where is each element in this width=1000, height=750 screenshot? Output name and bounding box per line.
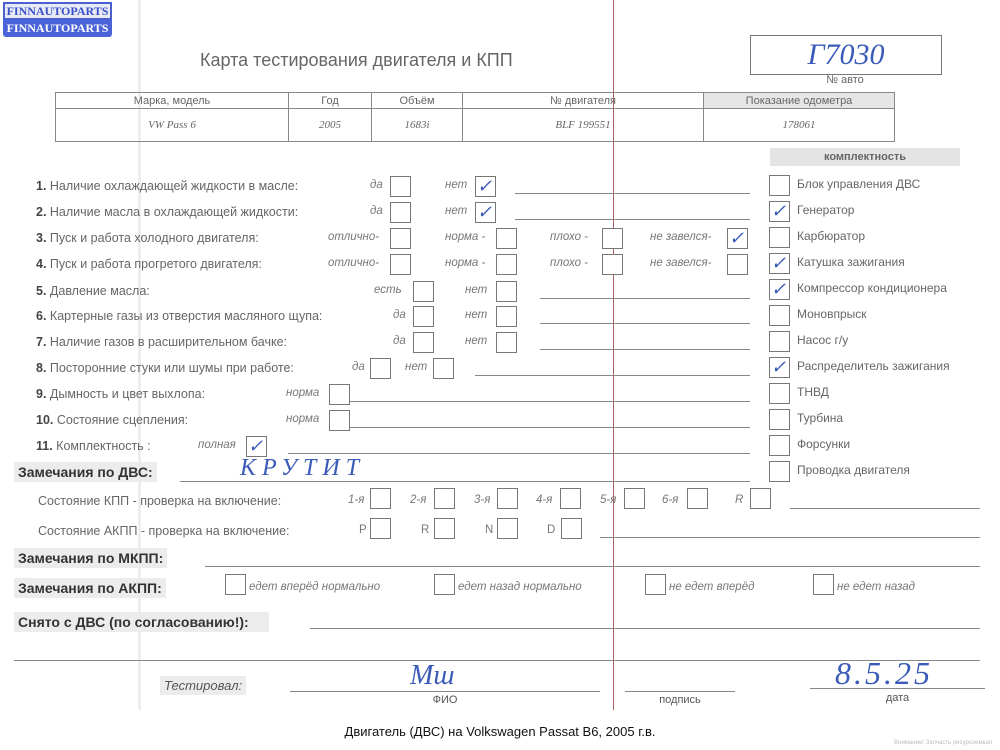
kpp-gear-checkbox-6-я[interactable]: [687, 488, 708, 509]
akpp-remark-label: не едет назад: [837, 581, 915, 593]
check-mark-icon: ✓: [477, 178, 492, 194]
kpp-gear-label: 4-я: [536, 494, 552, 506]
option-label: норма -: [445, 231, 485, 243]
question-9: 9. Дымность и цвет выхлопа:: [36, 387, 205, 401]
volume-value: 1683i: [372, 109, 463, 142]
completeness-item-label: Катушка зажигания: [797, 255, 905, 269]
option-label: да: [352, 361, 365, 373]
date-line: [810, 688, 985, 689]
question-4-checkbox-1[interactable]: [390, 254, 411, 275]
make-model-value: VW Pass 6: [56, 109, 289, 142]
option-label: норма: [286, 387, 319, 399]
option-label: плохо -: [550, 257, 588, 269]
mkpp-remarks-line: [205, 566, 980, 567]
completeness-item-label: Карбюратор: [797, 229, 865, 243]
akpp-position-checkbox-N[interactable]: [497, 518, 518, 539]
year-value: 2005: [289, 109, 372, 142]
kpp-gear-checkbox-2-я[interactable]: [434, 488, 455, 509]
finnautoparts-logo: FINNAUTOPARTS FINNAUTOPARTS: [3, 2, 112, 37]
question-3-checkbox-2[interactable]: [496, 228, 517, 249]
question-10-checkbox-1[interactable]: [329, 410, 350, 431]
completeness-item-label: Распределитель зажигания: [797, 359, 950, 373]
notes-line: [540, 349, 750, 350]
kpp-gear-checkbox-4-я[interactable]: [560, 488, 581, 509]
kpp-gear-checkbox-R[interactable]: [750, 488, 771, 509]
form-title: Карта тестирования двигателя и КПП: [200, 50, 513, 71]
akpp-remarks-label: Замечания по АКПП:: [14, 578, 166, 598]
option-label: плохо -: [550, 231, 588, 243]
option-label: нет: [405, 361, 427, 373]
question-7-checkbox-1[interactable]: [413, 332, 434, 353]
question-2-checkbox-2[interactable]: ✓: [475, 202, 496, 223]
question-4: 4. Пуск и работа прогретого двигателя:: [36, 257, 262, 271]
watermark-text: Внимание! Запчасть ресурсоемкая: [894, 740, 992, 746]
kpp-gear-label: 1-я: [348, 494, 364, 506]
kpp-gear-label: 5-я: [600, 494, 616, 506]
completeness-checkbox-3[interactable]: [769, 227, 790, 248]
check-mark-icon: ✓: [477, 204, 492, 220]
mkpp-remarks-label: Замечания по МКПП:: [14, 548, 167, 568]
question-10: 10. Состояние сцепления:: [36, 413, 188, 427]
removed-line: [310, 628, 980, 629]
question-3-checkbox-3[interactable]: [602, 228, 623, 249]
engine-remarks-label: Замечания по ДВС:: [14, 462, 157, 482]
notes-line: [515, 193, 750, 194]
question-7-checkbox-2[interactable]: [496, 332, 517, 353]
kpp-gear-label: 2-я: [410, 494, 426, 506]
question-2-checkbox-1[interactable]: [390, 202, 411, 223]
completeness-checkbox-6[interactable]: [769, 305, 790, 326]
question-1-checkbox-1[interactable]: [390, 176, 411, 197]
completeness-checkbox-5[interactable]: ✓: [769, 279, 790, 300]
option-label: да: [393, 335, 406, 347]
question-11-checkbox-1[interactable]: ✓: [246, 436, 267, 457]
vehicle-header-table: Марка, модель Год Объём № двигателя Пока…: [55, 92, 895, 142]
kpp-gear-label: 6-я: [662, 494, 678, 506]
option-label: да: [370, 205, 383, 217]
akpp-position-label: N: [485, 524, 493, 536]
completeness-checkbox-8[interactable]: ✓: [769, 357, 790, 378]
kpp-gear-checkbox-3-я[interactable]: [497, 488, 518, 509]
akpp-position-checkbox-P[interactable]: [370, 518, 391, 539]
col-make-model: Марка, модель: [56, 93, 289, 109]
completeness-header: комплектность: [770, 148, 960, 166]
engine-remarks-value: КРУТИТ: [240, 455, 365, 482]
kpp-gear-checkbox-5-я[interactable]: [624, 488, 645, 509]
question-1-checkbox-2[interactable]: ✓: [475, 176, 496, 197]
question-1: 1. Наличие охлаждающей жидкости в масле:: [36, 179, 298, 193]
signature-label: подпись: [625, 694, 735, 706]
akpp-remark-checkbox-2[interactable]: [434, 574, 455, 595]
question-6-checkbox-2[interactable]: [496, 306, 517, 327]
akpp-position-checkbox-R[interactable]: [434, 518, 455, 539]
completeness-checkbox-12[interactable]: [769, 461, 790, 482]
notes-line: [540, 298, 750, 299]
akpp-position-label: D: [547, 524, 555, 536]
option-label: отлично-: [328, 257, 379, 269]
question-8-checkbox-2[interactable]: [433, 358, 454, 379]
completeness-item-label: ТНВД: [797, 385, 829, 399]
option-label: не завелся-: [650, 231, 712, 243]
completeness-checkbox-11[interactable]: [769, 435, 790, 456]
question-2: 2. Наличие масла в охлаждающей жидкости:: [36, 205, 298, 219]
tested-name-value: Мш: [410, 660, 454, 692]
check-mark-icon: ✓: [771, 281, 786, 297]
completeness-checkbox-1[interactable]: [769, 175, 790, 196]
completeness-item-label: Насос г/у: [797, 333, 848, 347]
option-label: есть: [374, 284, 402, 296]
check-mark-icon: ✓: [771, 203, 786, 219]
completeness-checkbox-2[interactable]: ✓: [769, 201, 790, 222]
question-5: 5. Давление масла:: [36, 284, 150, 298]
question-9-checkbox-1[interactable]: [329, 384, 350, 405]
option-label: полная: [198, 439, 236, 451]
option-label: отлично-: [328, 231, 379, 243]
completeness-checkbox-10[interactable]: [769, 409, 790, 430]
signature-line: [625, 691, 735, 692]
question-7: 7. Наличие газов в расширительном бачке:: [36, 335, 287, 349]
engine-number-value: BLF 199551: [463, 109, 704, 142]
akpp-remark-checkbox-4[interactable]: [813, 574, 834, 595]
kpp-gear-label: 3-я: [474, 494, 490, 506]
akpp-check-label: Состояние АКПП - проверка на включение:: [38, 524, 290, 538]
question-4-checkbox-4[interactable]: [727, 254, 748, 275]
kpp-line: [790, 508, 980, 509]
fio-line: [290, 691, 600, 692]
completeness-item-label: Моновпрыск: [797, 307, 867, 321]
auto-number-value: Г7030: [751, 36, 941, 74]
col-engine-number: № двигателя: [463, 93, 704, 109]
completeness-item-label: Блок управления ДВС: [797, 177, 920, 191]
question-4-checkbox-2[interactable]: [496, 254, 517, 275]
question-6-checkbox-1[interactable]: [413, 306, 434, 327]
question-6: 6. Картерные газы из отверстия масляного…: [36, 309, 322, 323]
question-3-checkbox-1[interactable]: [390, 228, 411, 249]
akpp-line: [600, 537, 980, 538]
auto-number-box: Г7030: [750, 35, 942, 75]
akpp-remark-checkbox-1[interactable]: [225, 574, 246, 595]
akpp-remark-label: не едет вперёд: [669, 581, 754, 593]
completeness-checkbox-7[interactable]: [769, 331, 790, 352]
option-label: нет: [445, 205, 467, 217]
question-11: 11. Комплектность :: [36, 439, 151, 453]
option-label: норма -: [445, 257, 485, 269]
option-label: да: [393, 309, 406, 321]
question-8: 8. Посторонние стуки или шумы при работе…: [36, 361, 294, 375]
akpp-remark-checkbox-3[interactable]: [645, 574, 666, 595]
odometer-value: 178061: [704, 109, 895, 142]
option-label: нет: [465, 309, 487, 321]
auto-number-label: № авто: [750, 74, 940, 86]
notes-line: [350, 401, 750, 402]
notes-line: [540, 323, 750, 324]
date-value: 8.5.25: [835, 655, 933, 692]
akpp-position-checkbox-D[interactable]: [561, 518, 582, 539]
option-label: нет: [465, 335, 487, 347]
option-label: норма: [286, 413, 319, 425]
removed-label: Снято с ДВС (по согласованию!):: [14, 612, 269, 632]
option-label: да: [370, 179, 383, 191]
completeness-item-label: Проводка двигателя: [797, 463, 910, 477]
col-volume: Объём: [372, 93, 463, 109]
completeness-checkbox-9[interactable]: [769, 383, 790, 404]
akpp-position-label: P: [359, 524, 367, 536]
col-year: Год: [289, 93, 372, 109]
completeness-item-label: Компрессор кондиционера: [797, 281, 947, 295]
option-label: нет: [445, 179, 467, 191]
photo-caption: Двигатель (ДВС) на Volkswagen Passat B6,…: [0, 724, 1000, 739]
akpp-position-label: R: [421, 524, 429, 536]
check-mark-icon: ✓: [729, 230, 744, 246]
akpp-remark-label: едет вперёд нормально: [249, 581, 380, 593]
fio-label: ФИО: [290, 694, 600, 706]
tested-label: Тестировал:: [160, 676, 246, 695]
question-4-checkbox-3[interactable]: [602, 254, 623, 275]
logo-line-2: FINNAUTOPARTS: [3, 20, 112, 37]
check-mark-icon: ✓: [771, 255, 786, 271]
option-label: не завелся-: [650, 257, 712, 269]
logo-line-1: FINNAUTOPARTS: [3, 2, 112, 20]
completeness-item-label: Форсунки: [797, 437, 850, 451]
question-5-checkbox-1[interactable]: [413, 281, 434, 302]
check-mark-icon: ✓: [771, 359, 786, 375]
date-label: дата: [810, 692, 985, 704]
completeness-item-label: Турбина: [797, 411, 843, 425]
kpp-gear-checkbox-1-я[interactable]: [370, 488, 391, 509]
completeness-item-label: Генератор: [797, 203, 854, 217]
kpp-gear-label: R: [735, 494, 743, 506]
akpp-remark-label: едет назад нормально: [458, 581, 582, 593]
notes-line: [475, 375, 750, 376]
notes-line: [288, 453, 750, 454]
kpp-check-label: Состояние КПП - проверка на включение:: [38, 494, 281, 508]
notes-line: [515, 219, 750, 220]
option-label: нет: [465, 284, 487, 296]
completeness-checkbox-4[interactable]: ✓: [769, 253, 790, 274]
question-3: 3. Пуск и работа холодного двигателя:: [36, 231, 259, 245]
question-3-checkbox-4[interactable]: ✓: [727, 228, 748, 249]
col-odometer: Показание одометра: [704, 93, 895, 109]
check-mark-icon: ✓: [248, 438, 263, 454]
notes-line: [350, 427, 750, 428]
question-8-checkbox-1[interactable]: [370, 358, 391, 379]
question-5-checkbox-2[interactable]: [496, 281, 517, 302]
